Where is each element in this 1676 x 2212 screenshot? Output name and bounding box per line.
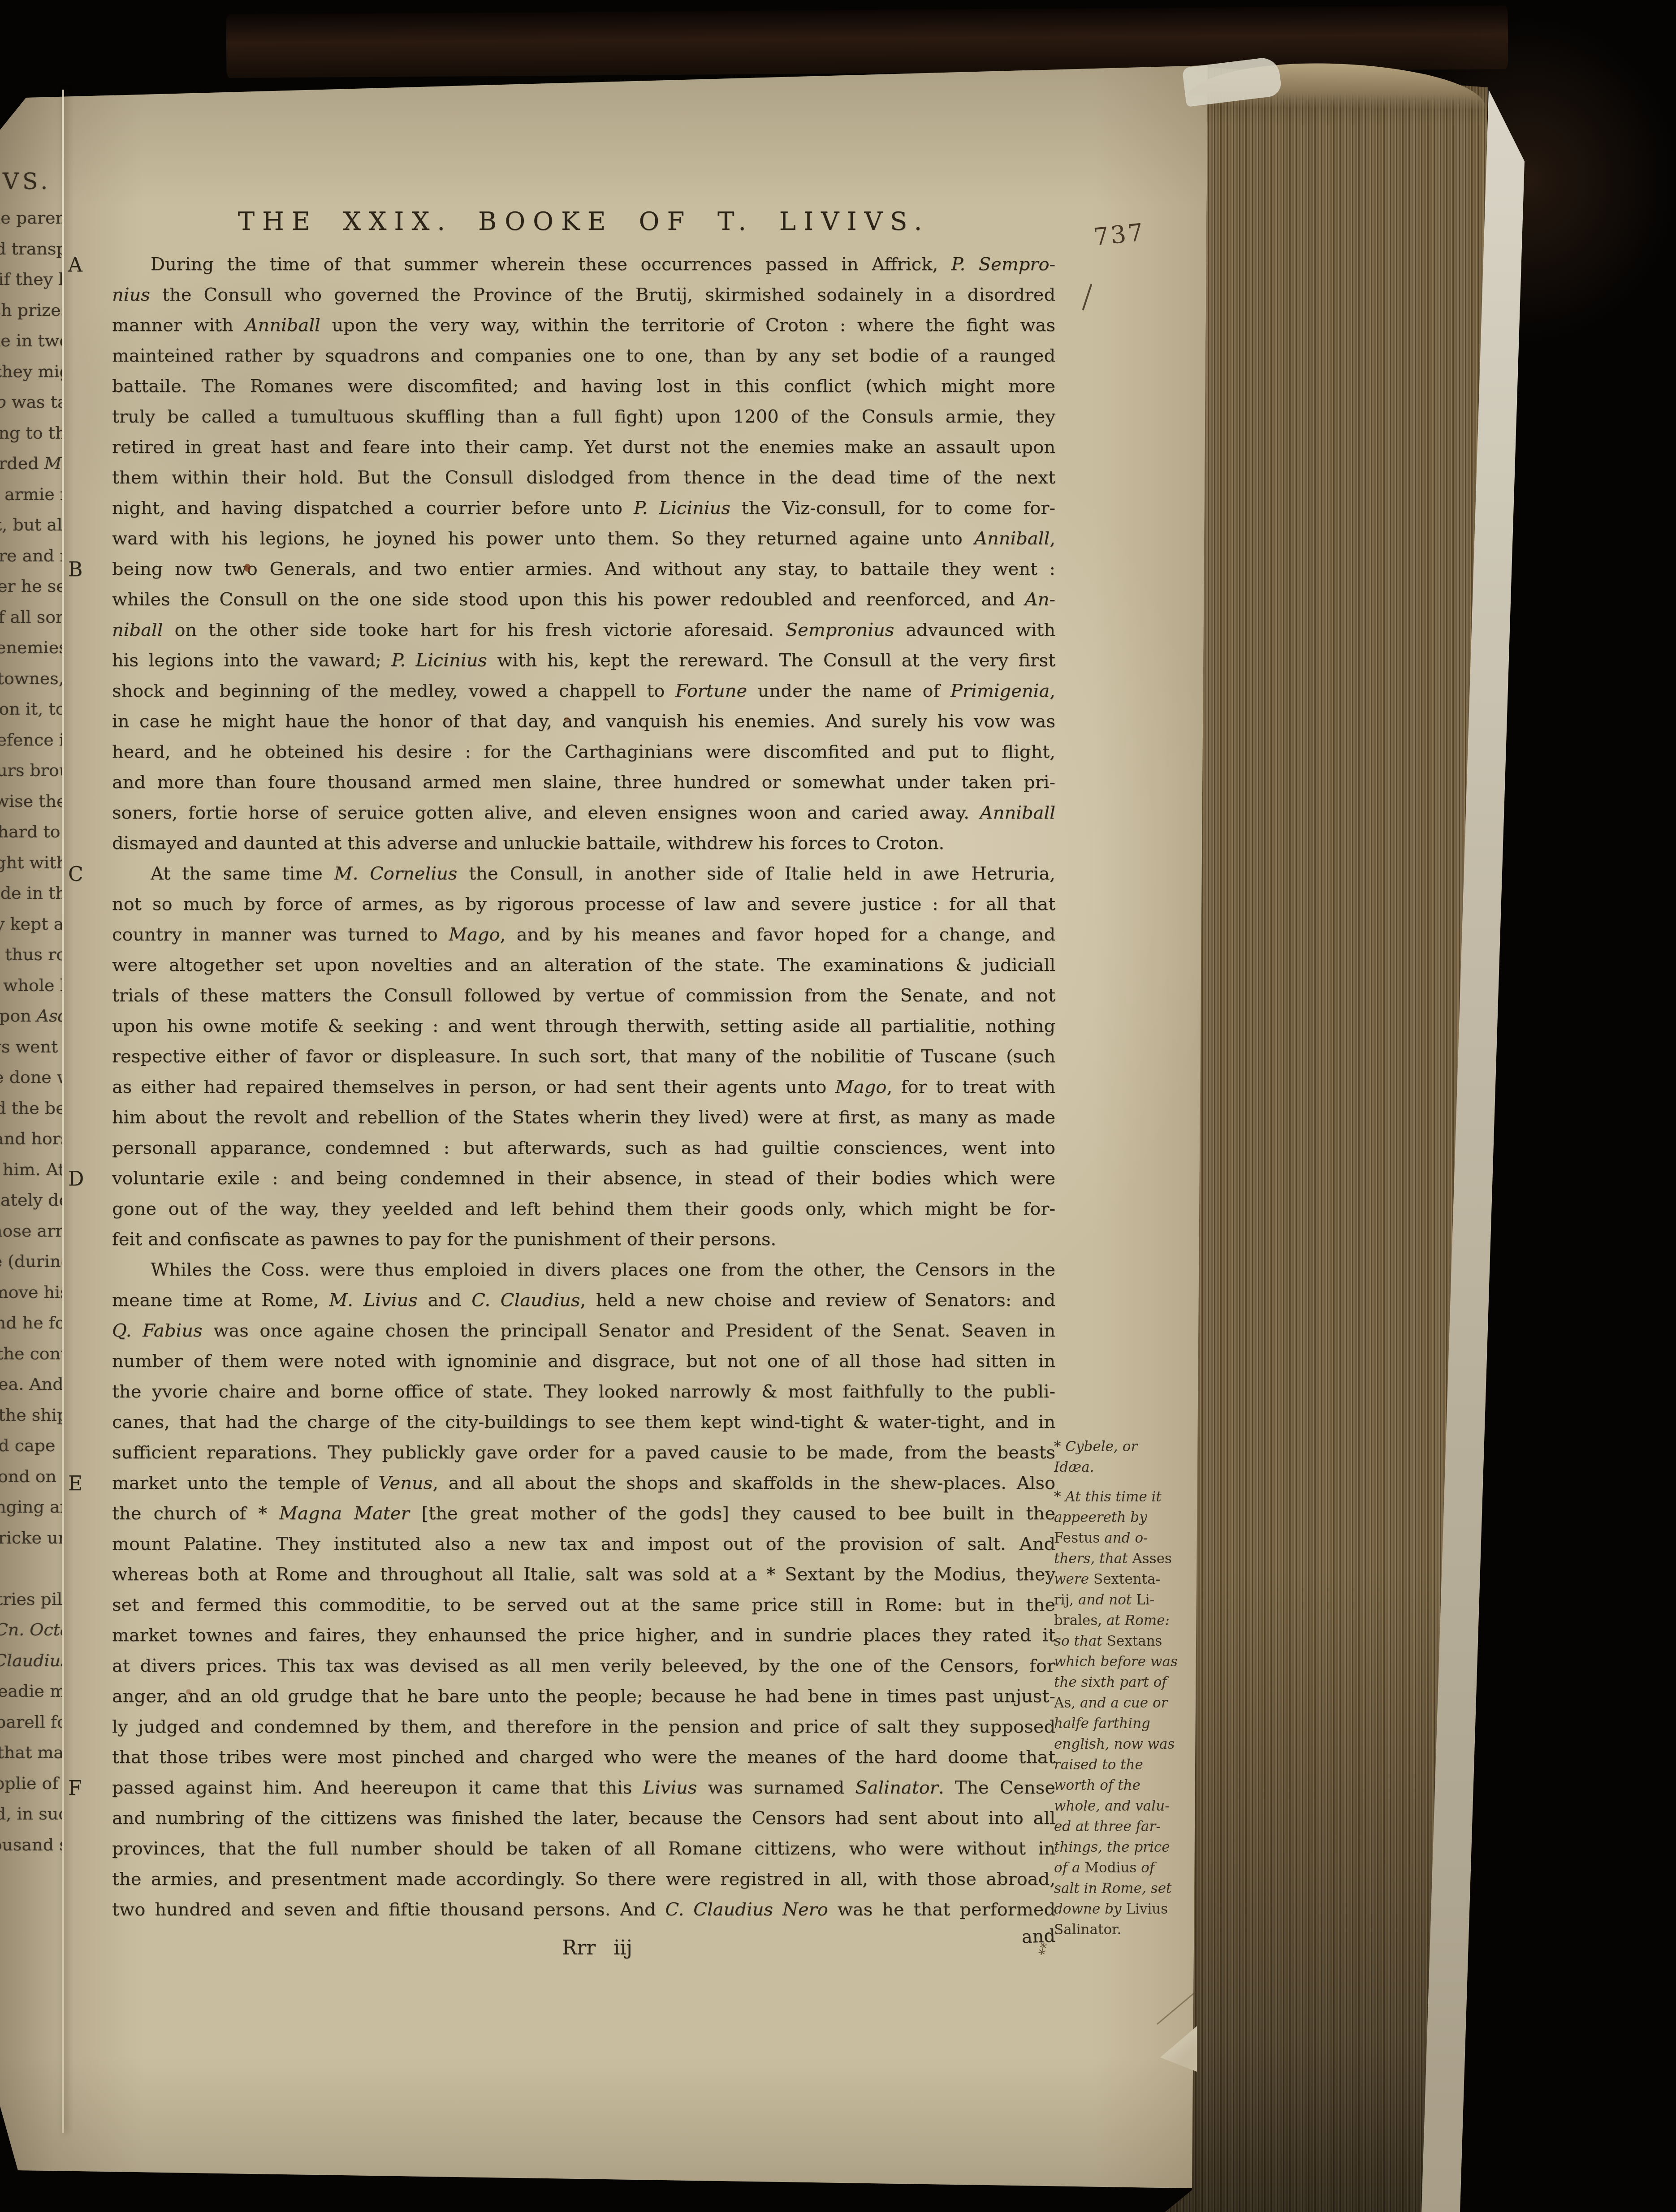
text-line: niball on the other side tooke hart for … (112, 615, 1055, 645)
text-line: voluntarie exile : and being condemned i… (112, 1163, 1055, 1194)
margin-note-line: brales, at Rome: (1054, 1610, 1206, 1631)
text-line: retired in great hast and feare into the… (112, 432, 1055, 462)
edge-fragment-line: ave done who (0, 1062, 62, 1093)
text-line: the church of * Magna Mater [the great m… (112, 1498, 1055, 1529)
margin-note-line: Salinator. (1054, 1919, 1206, 1940)
margin-note-line: halfe farthing (1054, 1713, 1206, 1734)
section-letter-A: A (68, 250, 99, 280)
text-line: dismayed and daunted at this adverse and… (112, 828, 1055, 858)
edge-fragment-line: s of all sorts ; an (0, 602, 62, 633)
edge-fragment-line: ere (during whi (0, 1246, 62, 1277)
edge-fragment-line (0, 1553, 62, 1584)
foxing-spot (244, 564, 251, 572)
margin-note-cybele: * Cybele, orIdæa. (1054, 1436, 1206, 1478)
text-line: trials of these matters the Consull foll… (112, 980, 1055, 1011)
edge-fragment-line: resh prizes. But (0, 295, 62, 326)
text-line: the yvorie chaire and borne office of st… (112, 1376, 1055, 1407)
edge-fragment-line: e sea. And wit (0, 1369, 62, 1400)
text-line: market townes and faires, they enhaunsed… (112, 1620, 1055, 1651)
text-line: manner with Anniball upon the very way, … (112, 310, 1055, 341)
margin-note-line: worth of the (1054, 1775, 1206, 1796)
margin-note-line: * Cybele, or (1054, 1436, 1206, 1457)
text-line: in case he might haue the honor of that … (112, 706, 1055, 737)
margin-note-line: so that Sextans (1054, 1631, 1206, 1651)
text-line: Q. Fabius was once againe chosen the pri… (112, 1315, 1055, 1346)
text-line: and numbring of the cittizens was finish… (112, 1803, 1055, 1833)
text-line: respective either of favor or displeasur… (112, 1041, 1055, 1072)
text-line: provinces, that the full number should b… (112, 1833, 1055, 1864)
edge-fragment-line: ut that matter, n (0, 1737, 62, 1768)
edge-fragment-line: so the ships tha (0, 1400, 62, 1431)
margin-note-line: salt in Rome, set (1054, 1878, 1206, 1899)
text-line: being now two Generals, and two entier a… (112, 554, 1055, 584)
foxing-spot (565, 717, 569, 722)
edge-fragment-line: , and he fortifie (0, 1307, 62, 1338)
section-letter-F: F (68, 1773, 99, 1804)
text-line: anger, and an old grudge that he bare un… (112, 1681, 1055, 1712)
text-line: truly be called a tumultuous skuffling t… (112, 401, 1055, 432)
previous-page-text-fragments: oble parentage,had transportedas if they… (0, 203, 62, 1860)
edge-fragment-line: s upon Asdrub (0, 1000, 62, 1031)
edge-fragment-line: kewise the land (0, 786, 62, 817)
margin-note-line: thers, that Asses (1054, 1548, 1206, 1569)
text-line: soners, fortie horse of seruice gotten a… (112, 798, 1055, 828)
text-line: At the same time M. Cornelius the Consul… (112, 858, 1055, 889)
edge-fragment-line: ry townes, and b (0, 663, 62, 694)
edge-fragment-line: said cape : the (0, 1430, 62, 1461)
text-line: feit and confiscate as pawnes to pay for… (112, 1224, 1055, 1255)
foxing-spot (186, 1689, 191, 1695)
margin-note-line: english, now was (1054, 1734, 1206, 1755)
text-line: night, and having dispatched a courrier … (112, 493, 1055, 523)
margin-note-line: * At this time it (1054, 1487, 1206, 1507)
edge-fragment-line: to the continent (0, 1338, 62, 1369)
text-line: them within their hold. But the Consull … (112, 462, 1055, 493)
margin-note-line: whole, and valu- (1054, 1796, 1206, 1816)
text-line: personall apparance, condemned : but aft… (112, 1133, 1055, 1163)
edge-fragment-line: his armie made (0, 479, 62, 510)
edge-fragment-line: Affricke untill (0, 1522, 62, 1553)
text-line: canes, that had the charge of the city-b… (112, 1407, 1055, 1437)
text-line: shock and beginning of the medley, vowed… (112, 676, 1055, 706)
edge-fragment-line: ought with then (0, 847, 62, 878)
edge-fragment-line: woon it, to settle (0, 694, 62, 724)
margin-note-line: raised to the (1054, 1755, 1206, 1775)
edge-fragment-line: ings went but so (0, 1031, 62, 1062)
margin-note-line: rij, and not Li- (1054, 1590, 1206, 1610)
edge-fragment-line: thousand shor (0, 1829, 62, 1860)
text-line: set and fermed this commoditie, to be se… (112, 1590, 1055, 1620)
edge-fragment-line: as if they boded (0, 264, 62, 295)
text-line: two hundred and seven and fiftie thousan… (112, 1894, 1055, 1925)
text-line: Whiles the Coss. were thus emploied in d… (112, 1255, 1055, 1285)
text-line: upon his owne motife & seeking : and wen… (112, 1011, 1055, 1041)
text-line: his legions into the vaward; P. Licinius… (112, 645, 1055, 676)
edge-fragment-line: e, Cn. Octavius (0, 1614, 62, 1645)
edge-fragment-line: f defence in all h (0, 724, 62, 755)
text-line: that those tribes were most pinched and … (112, 1742, 1055, 1772)
edge-fragment-line: hanging and s (0, 1492, 62, 1522)
edge-fragment-line: strond on the n (0, 1461, 62, 1492)
text-line: mount Palatine. They instituted also a n… (112, 1529, 1055, 1559)
text-line: country in manner was turned to Mago, an… (112, 919, 1055, 950)
text-line: not so much by force of armes, as by rig… (112, 889, 1055, 919)
text-line: battaile. The Romanes were discomfited; … (112, 371, 1055, 401)
running-title: THE XXIX. BOOKE OF T. LIVIVS. (112, 207, 1055, 236)
text-line: nius the Consull who governed the Provin… (112, 280, 1055, 310)
text-line: whereas both at Rome and throughout all … (112, 1559, 1055, 1590)
edge-fragment-line: remove his sieg (0, 1277, 62, 1308)
page-number: 737 (1092, 218, 1146, 251)
edge-fragment-line: apparell for the (0, 1707, 62, 1738)
section-letter-D: D (68, 1164, 99, 1194)
section-letter-B: B (68, 555, 99, 585)
edge-fragment-line: ned, in such so (0, 1798, 62, 1829)
text-line: at divers prices. This tax was devised a… (112, 1651, 1055, 1681)
text-line: number of them were noted with ignominie… (112, 1346, 1055, 1376)
margin-note-line: appeereth by (1054, 1507, 1206, 1528)
edge-fragment-line: farre and neere (0, 540, 62, 571)
margin-note-line: of a Modius of (1054, 1858, 1206, 1878)
margin-note-line: ed at three far- (1054, 1816, 1206, 1837)
text-line: ward with his legions, he joyned his pow… (112, 523, 1055, 554)
main-text-block: During the time of that summer wherein t… (112, 249, 1055, 1925)
edge-fragment-line: alreadie made (0, 1676, 62, 1707)
text-line: and more than foure thousand armed men s… (112, 767, 1055, 798)
margin-note-line: Idæa. (1054, 1457, 1206, 1478)
edge-fragment-line: nno was taken pri (0, 387, 62, 418)
edge-fragment-line: rding to their goo (0, 418, 62, 448)
edge-fragment-line: Whose arrivall (0, 1216, 62, 1246)
margin-note-line: things, the price (1054, 1837, 1206, 1858)
edge-fragment-line: set thus round (0, 939, 62, 970)
text-line: passed against him. And heereupon it cam… (112, 1772, 1055, 1803)
text-line: were altogether set upon novelties and a… (112, 950, 1055, 980)
margin-note-line: As, and a cue or (1054, 1693, 1206, 1713)
text-line: meane time at Rome, M. Livius and C. Cla… (112, 1285, 1055, 1315)
text-line: heard, and he obteined his desire : for … (112, 737, 1055, 767)
margin-note-sextant: * At this time itappeereth byFestus and … (1054, 1487, 1206, 1940)
text-line: sufficient reparations. They publickly g… (112, 1437, 1055, 1468)
text-line: During the time of that summer wherein t… (112, 249, 1055, 280)
margin-note-line: which before was (1054, 1651, 1206, 1672)
edge-fragment-line: ediately depart (0, 1185, 62, 1216)
edge-fragment-line: eir whole hope (0, 970, 62, 1001)
edge-fragment-line: made in the c (0, 878, 62, 909)
edge-fragment-line: had transported (0, 233, 62, 264)
edge-fragment-line: er hard to the w (0, 816, 62, 847)
edge-fragment-line: of enemies. Af (0, 632, 62, 663)
margin-note-line: downe by Livius (1054, 1899, 1206, 1919)
edge-fragment-line: e, they might see (0, 356, 62, 387)
text-line: ly judged and condemned by them, and the… (112, 1712, 1055, 1742)
text-line: gone out of the way, they yeelded and le… (112, 1194, 1055, 1224)
edge-fragment-line: supplie of that (0, 1768, 62, 1799)
edge-fragment-line: aine in two battail (0, 325, 62, 356)
book-photo: VS. oble parentage,had transportedas if … (0, 0, 1676, 2212)
edge-fragment-line: oble parentage, (0, 203, 62, 233)
section-letter-C: C (68, 859, 99, 890)
edge-fragment-line: itours brought (0, 755, 62, 786)
edge-fragment-line: ent, but also foot (0, 509, 62, 540)
margin-note-line: Festus and o- (1054, 1528, 1206, 1548)
edge-fragment-line: warded Masanis (0, 448, 62, 479)
text-line: mainteined rather by squadrons and compa… (112, 341, 1055, 371)
edge-fragment-line: ally kept at wo (0, 909, 62, 940)
edge-fragment-line: ith him. At len (0, 1154, 62, 1185)
text-line: him about the revolt and rebellion of th… (112, 1102, 1055, 1133)
section-letter-E: E (68, 1469, 99, 1499)
edge-fragment-line: usand horse, ye (0, 1123, 62, 1154)
text-line: market unto the temple of Venus, and all… (112, 1468, 1055, 1498)
edge-fragment-line: untries pilled a (0, 1584, 62, 1615)
margin-note-line: were Sextenta- (1054, 1569, 1206, 1590)
previous-page-edge (62, 90, 64, 2133)
text-line: whiles the Consull on the one side stood… (112, 584, 1055, 615)
margin-note-line: the sixth part of (1054, 1672, 1206, 1693)
previous-page-header-fragment: VS. (3, 168, 51, 194)
text-line: the armies, and presentment made accordi… (112, 1864, 1055, 1894)
edge-fragment-line: and the best shi (0, 1093, 62, 1124)
text-line: as either had repaired themselves in per… (112, 1072, 1055, 1102)
edge-fragment-line: after he set forth (0, 571, 62, 602)
edge-fragment-line: T. Claudius the (0, 1645, 62, 1676)
